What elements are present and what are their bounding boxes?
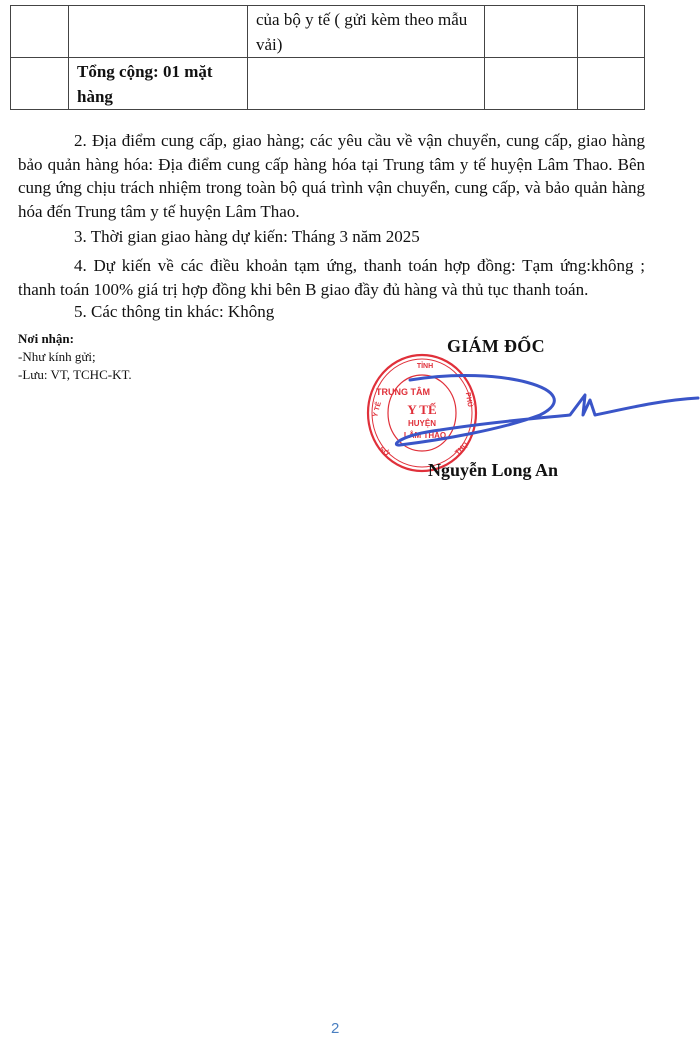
table-cell: [69, 6, 248, 58]
delivery-location-paragraph: 2. Địa điểm cung cấp, giao hàng; các yêu…: [18, 129, 645, 223]
table-cell: [578, 58, 645, 110]
delivery-time-paragraph: 3. Thời gian giao hàng dự kiến: Tháng 3 …: [18, 225, 645, 249]
signer-name: Nguyễn Long An: [428, 460, 558, 481]
signer-title: GIÁM ĐỐC: [447, 336, 545, 357]
payment-terms-paragraph: 4. Dự kiến về các điều khoản tạm ứng, th…: [18, 254, 645, 301]
table-row-total: Tổng cộng: 01 mặt hàng: [11, 58, 645, 110]
page-number: 2: [331, 1020, 339, 1037]
table-cell: [11, 58, 69, 110]
table-row: của bộ y tế ( gửi kèm theo mẫu vải): [11, 6, 645, 58]
table-cell: của bộ y tế ( gửi kèm theo mẫu vải): [248, 6, 485, 58]
table-cell: [578, 6, 645, 58]
svg-text:TỈNH: TỈNH: [417, 361, 433, 370]
table-cell: [248, 58, 485, 110]
table-cell: [11, 6, 69, 58]
recipients-block: Nơi nhận: -Như kính gửi; -Lưu: VT, TCHC-…: [18, 330, 132, 384]
recipient-item: -Như kính gửi;: [18, 348, 132, 366]
table-cell: [485, 58, 578, 110]
recipients-title: Nơi nhận:: [18, 330, 132, 348]
items-table: của bộ y tế ( gửi kèm theo mẫu vải) Tổng…: [10, 5, 645, 110]
recipient-item: -Lưu: VT, TCHC-KT.: [18, 366, 132, 384]
other-info-paragraph: 5. Các thông tin khác: Không: [18, 300, 645, 324]
handwritten-signature-icon: [380, 370, 700, 460]
total-label-cell: Tổng cộng: 01 mặt hàng: [69, 58, 248, 110]
table-cell: [485, 6, 578, 58]
